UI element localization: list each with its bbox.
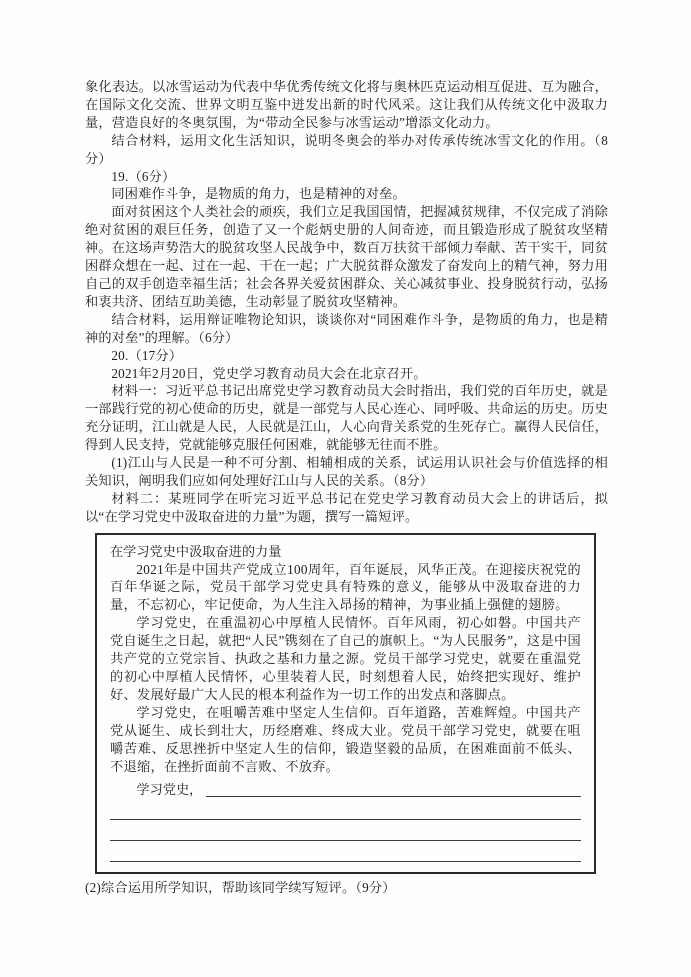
blank-writing-line: [110, 799, 581, 820]
q18-material-continuation: 象化表达。以冰雪运动为代表中华优秀传统文化将与奥林匹克运动相互促进、互为融合，在…: [85, 78, 608, 132]
q19-material: 面对贫困这个人类社会的顽疾，我们立足我国国情，把握减贫规律，不仅完成了消除绝对贫…: [85, 203, 608, 310]
essay-paragraph-3: 学习党史，在咀嚼苦难中坚定人生信仰。百年道路，苦难辉煌。中国共产党从诞生、成长到…: [110, 704, 581, 776]
q20-header: 20.（17分）: [85, 347, 608, 365]
blank-writing-line: [110, 820, 581, 841]
q20-question-1: (1)江山与人民是一种不可分割、相辅相成的关系，试运用认识社会与价值选择的相关知…: [85, 454, 608, 490]
q19-quote: 同困难作斗争，是物质的角力，也是精神的对垒。: [85, 185, 608, 203]
blank-writing-line: [206, 782, 581, 797]
essay-title: 在学习党史中汲取奋进的力量: [110, 543, 581, 561]
q20-question-2: (2)综合运用所学知识，帮助该同学续写短评。（9分）: [85, 879, 608, 897]
blank-writing-line: [110, 841, 581, 862]
q18-question: 结合材料，运用文化生活知识，说明冬奥会的举办对传承传统冰雪文化的作用。（8分）: [85, 132, 608, 168]
q20-material-1: 材料一：习近平总书记出席党史学习教育动员大会时指出，我们党的百年历史，就是一部践…: [85, 382, 608, 454]
essay-fill-prompt: 学习党史，: [110, 781, 202, 799]
essay-box: 在学习党史中汲取奋进的力量 2021年是中国共产党成立100周年，百年诞辰，风华…: [95, 533, 596, 875]
q20-intro: 2021年2月20日，党史学习教育动员大会在北京召开。: [85, 365, 608, 383]
q19-question: 结合材料，运用辩证唯物论知识，谈谈你对“同困难作斗争，是物质的角力，也是精神的对…: [85, 311, 608, 347]
essay-paragraph-2: 学习党史，在重温初心中厚植人民情怀。百年风雨，初心如磐。中国共产党自诞生之日起，…: [110, 614, 581, 704]
essay-fill-line: 学习党史，: [110, 781, 581, 799]
essay-paragraph-1: 2021年是中国共产党成立100周年，百年诞辰，风华正茂。在迎接庆祝党的百年华诞…: [110, 561, 581, 615]
q19-header: 19.（6分）: [85, 168, 608, 186]
q20-material-2: 材料二：某班同学在听完习近平总书记在党史学习教育动员大会上的讲话后，拟以“在学习…: [85, 490, 608, 526]
exam-content: 象化表达。以冰雪运动为代表中华优秀传统文化将与奥林匹克运动相互促进、互为融合，在…: [85, 78, 608, 897]
exam-page: 象化表达。以冰雪运动为代表中华优秀传统文化将与奥林匹克运动相互促进、互为融合，在…: [0, 0, 691, 977]
